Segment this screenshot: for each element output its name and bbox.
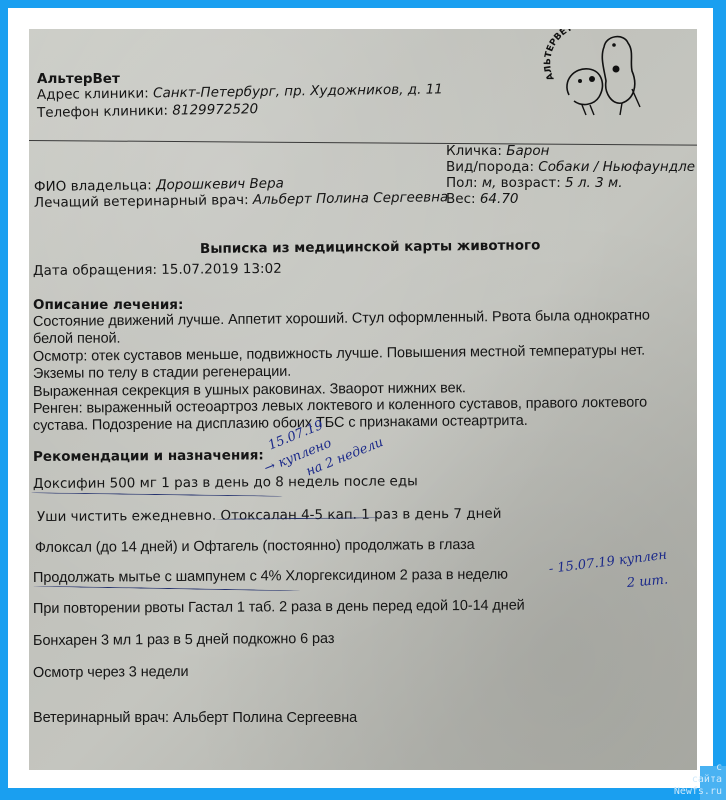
clinic-address-label: Адрес клиники: <box>37 85 149 103</box>
document-title: Выписка из медицинской карты животного <box>200 237 540 257</box>
signature-label: Ветеринарный врач: <box>33 710 169 726</box>
recommendation-item: Бонхарен 3 мл 1 раз в 5 дней подкожно 6 … <box>33 631 334 649</box>
animal-breed-value: Собаки / Ньюфаундле <box>538 159 695 175</box>
handwritten-note-2a: - 15.07.19 куплен <box>548 548 668 577</box>
recommendation-item: Уши чистить ежедневно. Отоксалан 4-5 кап… <box>37 506 502 525</box>
visit-date: Дата обращения: 15.07.2019 13:02 <box>33 261 282 279</box>
animal-sex-value: м, <box>482 175 496 191</box>
visit-date-label: Дата обращения: <box>33 262 157 279</box>
animal-breed: Вид/порода: Собаки / Ньюфаундле <box>446 159 695 175</box>
animal-weight-value: 64.70 <box>480 191 519 207</box>
header-divider <box>29 140 697 146</box>
recommendation-item: Осмотр через 3 недели <box>33 664 189 681</box>
animal-breed-label: Вид/порода: <box>446 159 534 175</box>
animal-name-label: Кличка: <box>446 143 502 159</box>
handwritten-note-2b: 2 шт. <box>626 572 668 591</box>
clinic-phone-value: 8129972520 <box>172 101 258 118</box>
animal-name: Кличка: Барон <box>446 143 549 159</box>
signature: Ветеринарный врач: Альберт Полина Сергее… <box>33 710 357 726</box>
treating-doctor-value: Альберт Полина Сергеевна <box>253 189 449 208</box>
animal-sex-age: Пол: м, возраст: 5 л. 3 м. <box>446 175 623 191</box>
visit-date-value: 15.07.2019 13:02 <box>161 261 282 278</box>
treatment-line: Экземы по телу в стадии регенерации. <box>33 364 291 382</box>
clinic-phone: Телефон клиники: 8129972520 <box>37 101 258 121</box>
pen-underline <box>31 492 283 497</box>
clinic-address-value: Санкт-Петербург, пр. Художников, д. 11 <box>153 81 443 101</box>
svg-text:АЛЬТЕРВЕТ: АЛЬТЕРВЕТ <box>543 29 575 82</box>
clinic-phone-label: Телефон клиники: <box>37 103 168 121</box>
watermark-line-1: с <box>716 762 722 774</box>
signature-value: Альберт Полина Сергеевна <box>173 710 357 726</box>
animal-weight: Вес: 64.70 <box>446 191 519 207</box>
animal-sex-label: Пол: <box>446 175 478 191</box>
recommendation-item: При повторении рвоты Гастал 1 таб. 2 раз… <box>33 598 525 617</box>
recommendation-item: Флоксал (до 14 дней) и Офтагель (постоян… <box>35 537 475 556</box>
logo-text: АЛЬТЕРВЕТ <box>543 29 575 82</box>
owner-value: Дорошкевич Вера <box>156 176 284 194</box>
watermark-line-2: сайта <box>692 774 722 786</box>
clinic-logo-icon: АЛЬТЕРВЕТ <box>534 29 664 119</box>
pen-underline <box>33 586 301 592</box>
treatment-line: Осмотр: отек суставов меньше, подвижност… <box>33 343 645 365</box>
animal-name-value: Барон <box>506 143 549 159</box>
treating-doctor-label: Лечащий ветеринарный врач: <box>34 192 249 211</box>
treatment-line: белой пеной. <box>33 331 121 347</box>
recommendations-heading: Рекомендации и назначения: <box>33 447 264 465</box>
animal-age-value: 5 л. 3 м. <box>565 175 622 191</box>
animal-age-label: возраст: <box>501 175 561 191</box>
treatment-heading: Описание лечения: <box>33 297 183 313</box>
animal-weight-label: Вес: <box>446 191 476 207</box>
owner-label: ФИО владельца: <box>34 177 152 195</box>
watermark-line-3: Newfs.ru <box>674 786 722 798</box>
recommendation-item: Продолжать мытье с шампунем с 4% Хлоргек… <box>33 567 508 586</box>
clinic-name: АльтерВет <box>37 71 120 87</box>
medical-record-paper: АльтерВет Адрес клиники: Санкт-Петербург… <box>29 29 697 770</box>
recommendation-item: Доксифин 500 мг 1 раз в день до 8 недель… <box>33 473 418 492</box>
